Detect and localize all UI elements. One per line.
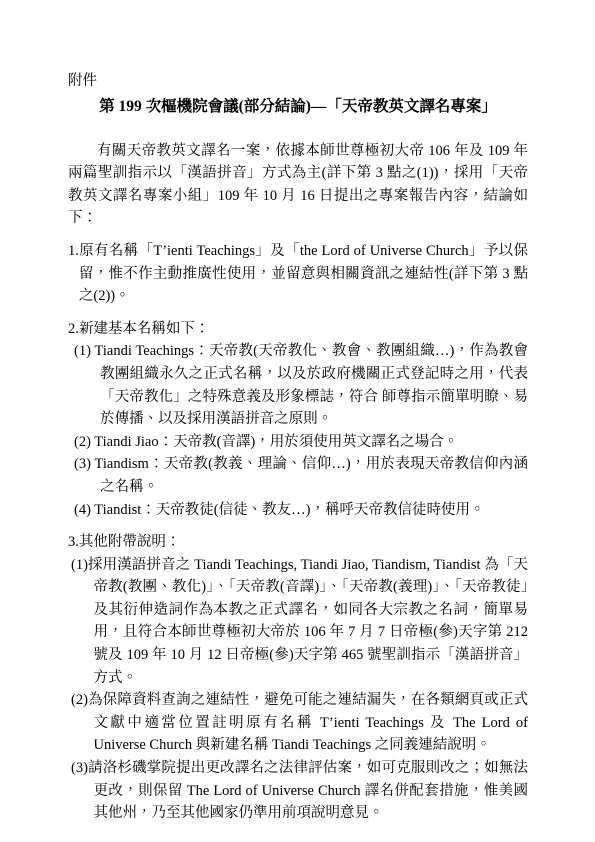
- list-item-text: 原有名稱「T’ienti Teachings」及「the Lord of Uni…: [79, 243, 528, 304]
- sub-item-text: 採用漢語拼音之 Tiandi Teachings, Tiandi Jiao, T…: [88, 557, 528, 686]
- sub-item-marker: (1): [74, 343, 95, 359]
- sub-item-text: Tiandism：天帝教(教義、理論、信仰…)，用於表現天帝教信仰內涵之名稱。: [95, 456, 528, 495]
- list-item-text: 其他附帶說明：: [79, 534, 181, 550]
- list-item-marker: 2.: [68, 321, 79, 337]
- sub-item-marker: (3): [71, 760, 88, 776]
- sub-item-text: 為保障資料查詢之連結性，避免可能之連結漏失，在各類網頁或正式文獻中適當位置註明原…: [88, 692, 528, 753]
- list-item-2: 2.新建基本名稱如下：: [68, 318, 528, 341]
- sub-item-text: Tiandist：天帝教徒(信徒、教友…)，稱呼天帝教信徒時使用。: [94, 502, 484, 518]
- sub-item-marker: (3): [74, 456, 95, 472]
- list-item-text: 新建基本名稱如下：: [79, 321, 210, 337]
- list-item-1: 1.原有名稱「T’ienti Teachings」及「the Lord of U…: [68, 240, 528, 308]
- sub-item-3-3: (3)請洛杉磯掌院提出更改譯名之法律評估案，如可克服則改之；如無法更改，則保留 …: [71, 757, 528, 825]
- sub-item-text: Tiandi Teachings：天帝教(天帝教化、教會、教團組織…)，作為教會…: [95, 343, 528, 427]
- sub-item-3-1: (1)採用漢語拼音之 Tiandi Teachings, Tiandi Jiao…: [71, 554, 528, 690]
- sub-item-marker: (4): [74, 502, 94, 518]
- list-item-3: 3.其他附帶說明：: [68, 531, 528, 554]
- sub-item-marker: (2): [71, 692, 88, 708]
- sub-item-text: 請洛杉磯掌院提出更改譯名之法律評估案，如可克服則改之；如無法更改，則保留 The…: [88, 760, 528, 821]
- attachment-label: 附件: [68, 70, 528, 93]
- page-title: 第 199 次樞機院會議(部分結論)—「天帝教英文譯名專案」: [68, 95, 528, 119]
- sub-item-2-3: (3) Tiandism：天帝教(教義、理論、信仰…)，用於表現天帝教信仰內涵之…: [74, 453, 528, 498]
- sub-item-3-2: (2)為保障資料查詢之連結性，避免可能之連結漏失，在各類網頁或正式文獻中適當位置…: [71, 689, 528, 757]
- sub-item-marker: (1): [71, 557, 88, 573]
- sub-item-marker: (2): [74, 434, 94, 450]
- sub-item-2-1: (1) Tiandi Teachings：天帝教(天帝教化、教會、教團組織…)，…: [74, 340, 528, 430]
- list-item-marker: 3.: [68, 534, 79, 550]
- document-page: 附件 第 199 次樞機院會議(部分結論)—「天帝教英文譯名專案」 有關天帝教英…: [0, 0, 595, 842]
- sub-item-2-2: (2) Tiandi Jiao：天帝教(音譯)，用於須使用英文譯名之場合。: [74, 431, 528, 454]
- sub-item-2-4: (4) Tiandist：天帝教徒(信徒、教友…)，稱呼天帝教信徒時使用。: [74, 499, 528, 522]
- sub-item-text: Tiandi Jiao：天帝教(音譯)，用於須使用英文譯名之場合。: [94, 434, 458, 450]
- intro-paragraph: 有關天帝教英文譯名一案，依據本師世尊極初大帝 106 年及 109 年兩篇聖訓指…: [68, 140, 528, 230]
- list-item-marker: 1.: [68, 243, 79, 259]
